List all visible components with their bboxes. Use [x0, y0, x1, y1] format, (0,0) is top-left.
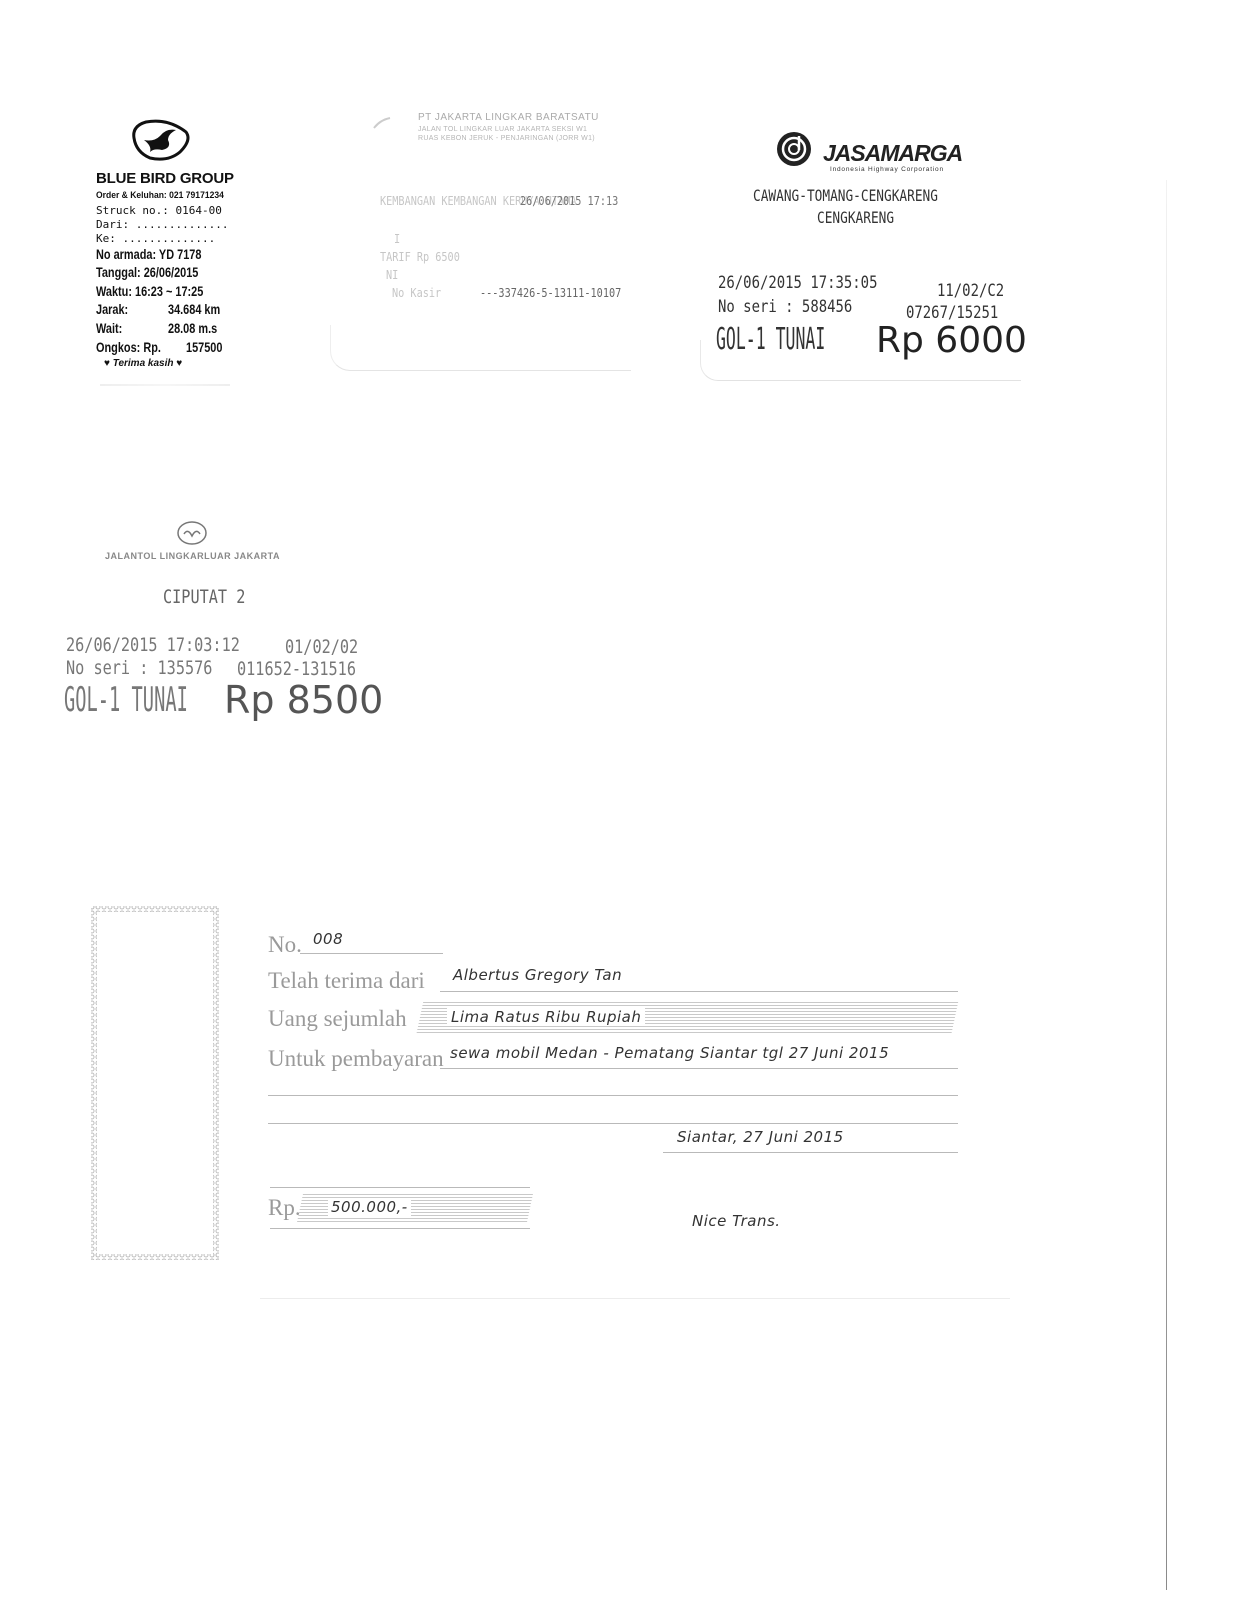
thanks-line: ♥ Terima kasih ♥: [104, 358, 182, 369]
ref-number: 011652-131516: [237, 658, 356, 680]
contact-line: Order & Keluhan: 021 79171234: [96, 190, 224, 201]
receipt-edge: [330, 325, 631, 371]
operator-sub-1: JALAN TOL LINGKAR LUAR JAKARTA SEKSI W1: [418, 126, 587, 133]
signature: Nice Trans.: [692, 1212, 781, 1230]
gate-code: 11/02/C2: [937, 281, 1004, 301]
ke-field: Ke: ..............: [96, 232, 215, 245]
purpose-underline: [440, 1068, 958, 1069]
kasir-line: No Kasir: [392, 286, 441, 300]
no-seri: No seri : 588456: [718, 297, 852, 317]
rp-bottom-line: [270, 1228, 530, 1229]
brand-name: BLUE BIRD GROUP: [96, 170, 234, 187]
purpose-value: sewa mobil Medan - Pematang Siantar tgl …: [450, 1044, 889, 1062]
wait-label: Wait:: [96, 320, 122, 336]
place-date: Siantar, 27 Juni 2015: [677, 1128, 844, 1146]
operator-name: PT JAKARTA LINGKAR BARATSATU: [418, 112, 599, 123]
wait-value: 28.08 m.s: [168, 320, 217, 336]
dari-field: Dari: ..............: [96, 218, 228, 231]
gate-name: CENGKARENG: [817, 208, 894, 227]
jarak-value: 34.684 km: [168, 301, 220, 317]
kwitansi-bottom-edge: [260, 1298, 1010, 1299]
amount-words-label: Uang sejumlah: [268, 1006, 407, 1032]
struck-no: Struck no.: 0164-00: [96, 204, 222, 217]
rp-top-line: [270, 1187, 530, 1188]
receipt-edge: [700, 340, 1021, 381]
blue-bird-logo-icon: [128, 118, 192, 162]
brand-name: JASAMARGA: [823, 140, 962, 167]
jlj-logo-icon: [176, 520, 208, 546]
waktu: Waktu: 16:23 ~ 17:25: [96, 283, 203, 299]
from-label: Telah terima dari: [268, 968, 425, 994]
brand-tagline: Indonesia Highway Corporation: [830, 166, 944, 173]
tarif-line: TARIF Rp 6500: [380, 250, 460, 264]
no-value: 008: [313, 930, 343, 948]
datetime: 26/06/2015 17:03:12: [66, 634, 240, 656]
scan-edge-line: [1166, 180, 1167, 1590]
no-underline: [300, 953, 443, 954]
from-value: Albertus Gregory Tan: [453, 966, 622, 984]
tanggal: Tanggal: 26/06/2015: [96, 264, 198, 280]
gate-name: CIPUTAT 2: [163, 586, 245, 608]
amount-words-value: Lima Ratus Ribu Rupiah: [447, 1008, 645, 1026]
operator-name: JALANTOL LINGKARLUAR JAKARTA: [105, 551, 280, 561]
purpose-line-2: [268, 1095, 958, 1096]
place-date-underline: [663, 1152, 958, 1153]
purpose-label: Untuk pembayaran: [268, 1046, 444, 1072]
no-label: No.: [268, 932, 302, 958]
rp-label: Rp.: [268, 1195, 301, 1221]
gol-line: I: [394, 232, 400, 246]
no-armada: No armada: YD 7178: [96, 246, 201, 262]
faded-print: [100, 384, 230, 386]
vehicle-class: GOL-1 TUNAI: [64, 680, 188, 720]
gate-code: 01/02/02: [285, 636, 358, 658]
datetime: 26/06/2015 17:35:05: [718, 273, 877, 293]
operator-sub-2: RUAS KEBON JERUK - PENJARINGAN (JORR W1): [418, 135, 595, 142]
route: CAWANG-TOMANG-CENGKARENG: [753, 186, 938, 205]
datetime: 26/06/2015 17:13: [520, 194, 618, 208]
from-underline: [440, 991, 958, 992]
no-seri: No seri : 135576: [66, 657, 212, 679]
serial-number: ---337426-5-13111-10107: [480, 286, 621, 300]
purpose-line-3: [268, 1123, 958, 1124]
ongkos-label: Ongkos: Rp.: [96, 339, 161, 355]
jarak-label: Jarak:: [96, 301, 128, 317]
jlb-logo-icon: [372, 116, 392, 130]
toll-amount: Rp 8500: [224, 678, 383, 722]
no-line: NI: [386, 268, 398, 282]
ornamental-border-icon: [89, 904, 221, 1262]
jasamarga-logo-icon: [775, 130, 813, 168]
ongkos-value: 157500: [186, 339, 222, 355]
rp-value: 500.000,-: [328, 1198, 411, 1216]
